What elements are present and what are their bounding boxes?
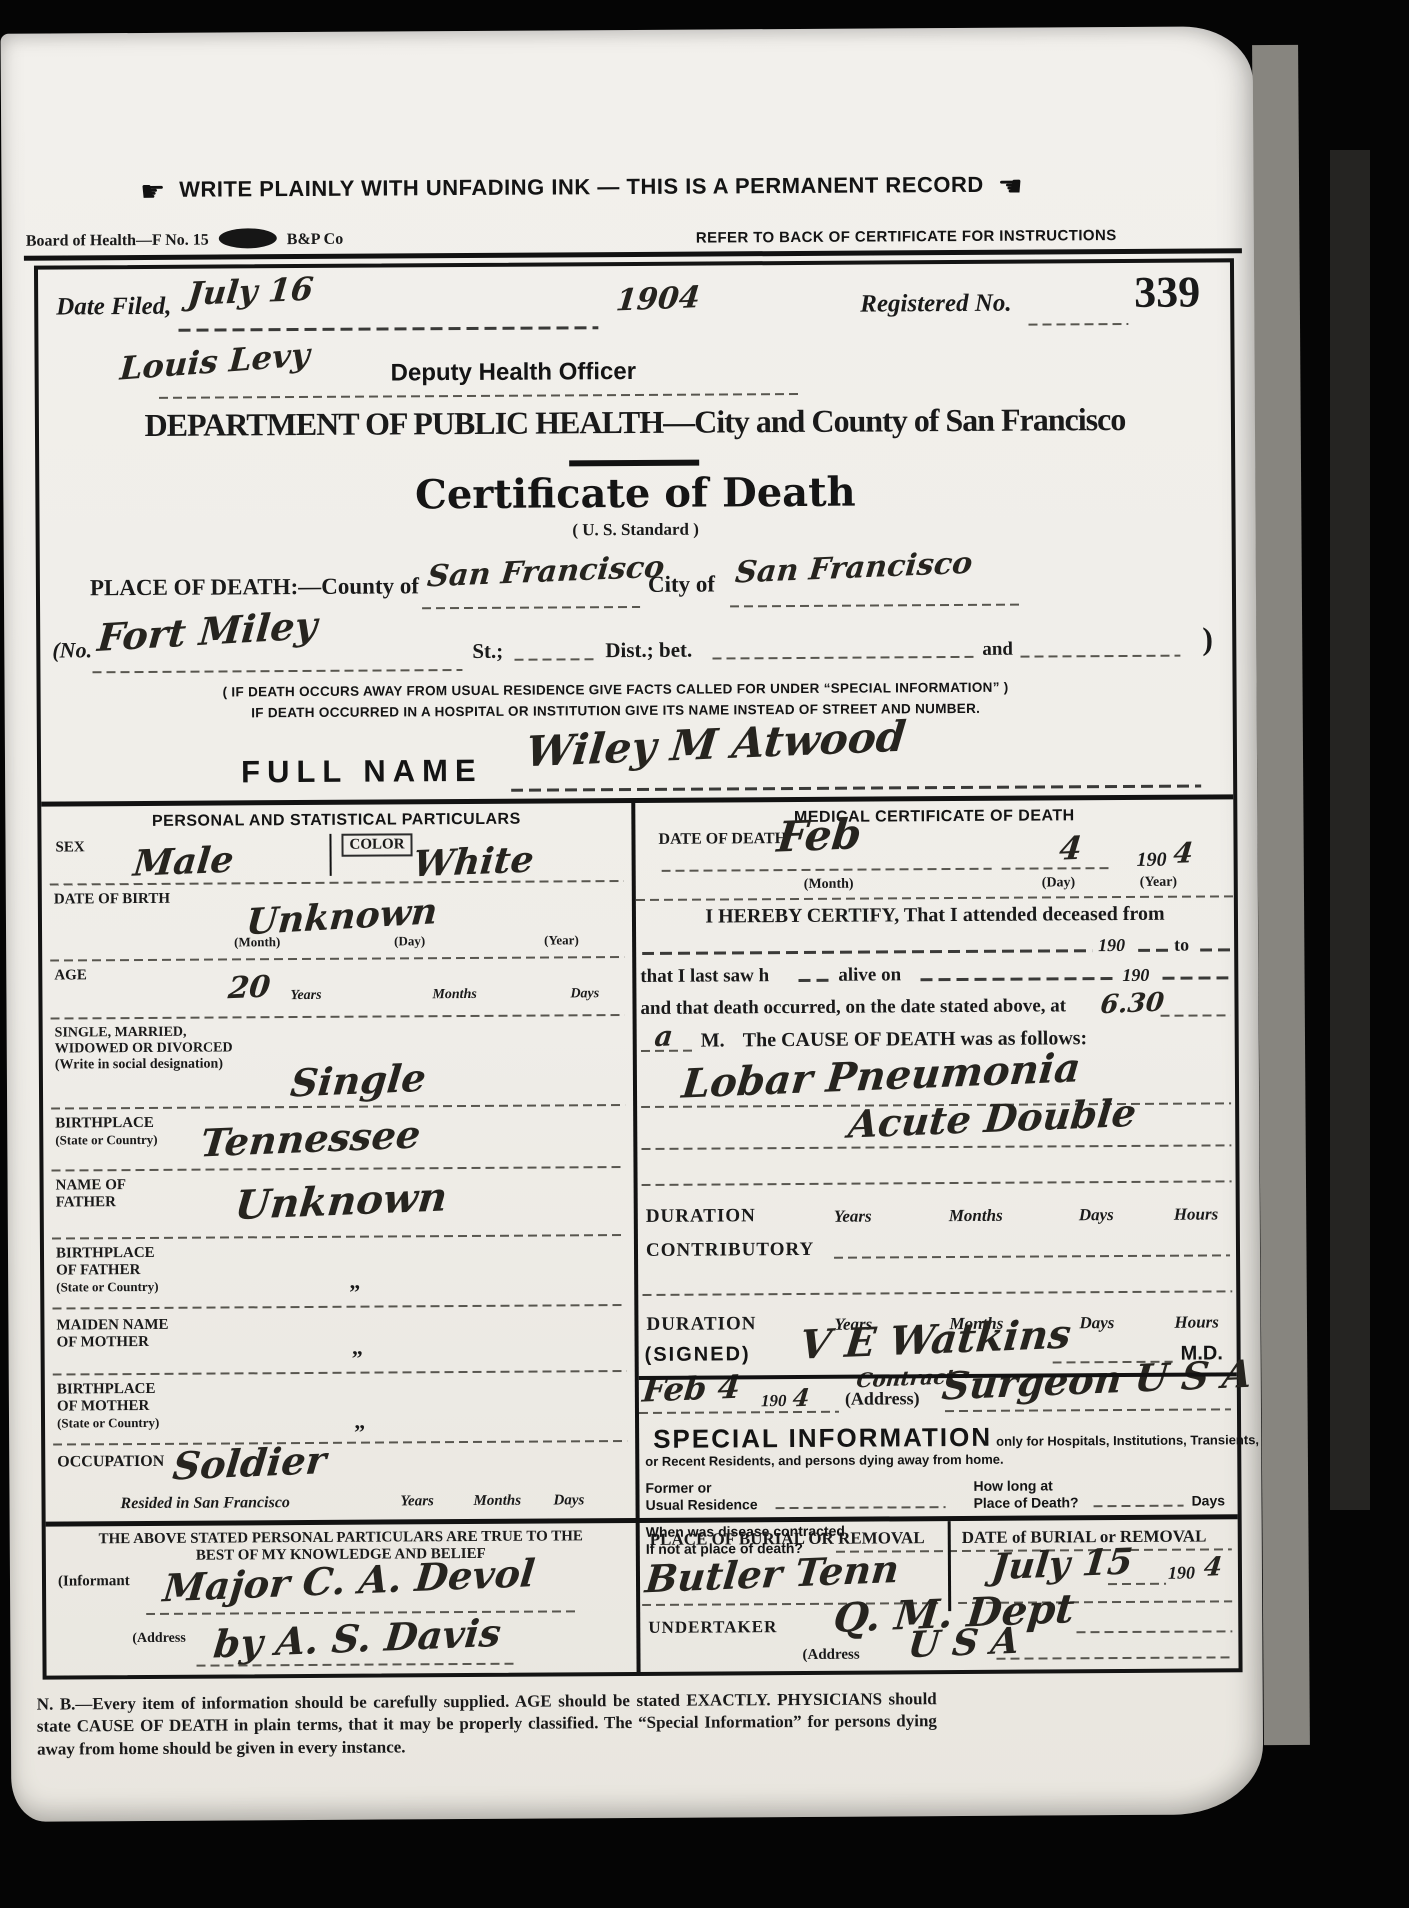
date-filed-year: 1904 bbox=[614, 280, 701, 318]
duration-2-label: DURATION bbox=[646, 1313, 756, 1336]
howlong-label-2: Place of Death? bbox=[973, 1494, 1078, 1511]
age-years-sub: Years bbox=[290, 988, 321, 1004]
special-title: SPECIAL INFORMATION bbox=[653, 1422, 992, 1454]
age-value: 20 bbox=[227, 969, 272, 1006]
physician-address-line bbox=[945, 1408, 1231, 1412]
certify-mid-line bbox=[1138, 949, 1168, 952]
howlong-label-1: How long at bbox=[973, 1477, 1052, 1493]
city-value: San Francisco bbox=[734, 546, 974, 591]
resided-months-sub: Months bbox=[473, 1493, 521, 1510]
banner: ☛ WRITE PLAINLY WITH UNFADING INK — THIS… bbox=[41, 169, 1121, 209]
cause-spacer-rule bbox=[642, 1180, 1232, 1186]
former-line bbox=[776, 1506, 946, 1509]
marital-label-1: SINGLE, MARRIED, bbox=[55, 1025, 187, 1042]
signed-year-value: 4 bbox=[791, 1383, 811, 1413]
certify-to-line bbox=[1200, 948, 1230, 951]
medical-header: MEDICAL CERTIFICATE OF DEATH bbox=[635, 806, 1233, 828]
certify-to-label: to bbox=[1174, 935, 1189, 956]
last-saw-line-2 bbox=[920, 977, 1114, 981]
howlong-line bbox=[1094, 1505, 1184, 1508]
full-name-label: FULL NAME bbox=[241, 753, 483, 790]
full-name-value: Wiley M Atwood bbox=[524, 712, 908, 777]
dist-line bbox=[712, 656, 974, 660]
page-edge-shadow bbox=[1330, 150, 1370, 1510]
cause-line-2-rule bbox=[641, 1144, 1231, 1150]
informant-line bbox=[146, 1610, 576, 1615]
time-line bbox=[1161, 1014, 1231, 1016]
personal-header: PERSONAL AND STATISTICAL PARTICULARS bbox=[41, 810, 631, 832]
bottom-band-rule bbox=[46, 1514, 1238, 1526]
color-label: COLOR bbox=[341, 833, 412, 856]
dod-month-value: Feb bbox=[775, 809, 864, 861]
mother-bp-label-1: BIRTHPLACE bbox=[57, 1381, 156, 1399]
father-bp-row-line bbox=[52, 1304, 626, 1310]
dod-day-line bbox=[1002, 867, 1112, 870]
father-value: Unknown bbox=[233, 1173, 450, 1229]
contributory-label: CONTRIBUTORY bbox=[646, 1239, 814, 1262]
father-bp-state-sub: (State or Country) bbox=[56, 1279, 158, 1296]
contributory-line bbox=[834, 1254, 1230, 1258]
marital-value: Single bbox=[288, 1055, 428, 1106]
street-value: Fort Miley bbox=[96, 602, 319, 660]
officer-signature: Louis Levy bbox=[119, 335, 311, 387]
father-bp-label-2: OF FATHER bbox=[56, 1262, 140, 1280]
color-value: White bbox=[411, 839, 535, 886]
banner-text: WRITE PLAINLY WITH UNFADING INK — THIS I… bbox=[179, 172, 984, 202]
board-line-text: Board of Health—F No. 15 bbox=[26, 232, 209, 250]
resided-years-sub: Years bbox=[400, 1493, 433, 1510]
registered-no-line bbox=[1028, 323, 1128, 326]
dod-day-value: 4 bbox=[1058, 829, 1084, 868]
refer-line: REFER TO BACK OF CERTIFICATE FOR INSTRUC… bbox=[696, 227, 1117, 247]
duration-1-days: Days bbox=[1079, 1205, 1114, 1225]
undertaker-address-label: (Address bbox=[802, 1647, 859, 1664]
mother-ditto: ” bbox=[352, 1346, 363, 1372]
registered-no-label: Registered No. bbox=[860, 290, 1012, 319]
informant-label: (Informant bbox=[58, 1573, 130, 1590]
certify-190a: 190 bbox=[1098, 935, 1125, 956]
signed-date-line bbox=[639, 1411, 839, 1414]
mother-bp-state-sub: (State or Country) bbox=[57, 1415, 159, 1432]
special-heading: SPECIAL INFORMATION only for Hospitals, … bbox=[653, 1420, 1259, 1455]
resided-days-sub: Days bbox=[553, 1492, 584, 1509]
dod-month-sub: (Month) bbox=[804, 877, 854, 893]
dob-month-sub: (Month) bbox=[234, 934, 280, 950]
am-line bbox=[641, 1050, 693, 1052]
board-of-health-line: Board of Health—F No. 15 B&P Co bbox=[26, 228, 344, 251]
mother-bp-label-2: OF MOTHER bbox=[57, 1398, 149, 1416]
age-row-line bbox=[51, 1014, 625, 1020]
sex-color-divider bbox=[329, 834, 331, 876]
age-months-sub: Months bbox=[432, 987, 476, 1003]
mother-label-1: MAIDEN NAME bbox=[56, 1317, 168, 1335]
resided-label: Resided in San Francisco bbox=[120, 1494, 289, 1513]
scan-background: ☛ WRITE PLAINLY WITH UNFADING INK — THIS… bbox=[0, 0, 1409, 1908]
title-divider bbox=[569, 460, 699, 467]
duration-1-months: Months bbox=[949, 1206, 1003, 1226]
informant-address-label: (Address bbox=[132, 1631, 186, 1647]
closing-paren: ) bbox=[1202, 620, 1213, 657]
dob-day-sub: (Day) bbox=[394, 933, 425, 949]
city-label: City of bbox=[648, 571, 715, 597]
age-days-sub: Days bbox=[570, 986, 599, 1002]
howlong-days-label: Days bbox=[1191, 1492, 1225, 1508]
county-line bbox=[422, 606, 640, 609]
marital-label-2: WIDOWED OR DIVORCED bbox=[55, 1040, 233, 1057]
dod-month-line bbox=[662, 868, 992, 872]
us-standard: ( U. S. Standard ) bbox=[40, 516, 1232, 543]
father-label-2: FATHER bbox=[56, 1194, 116, 1211]
dob-row-line bbox=[50, 956, 624, 962]
undertaker-address-line bbox=[996, 1656, 1232, 1659]
sex-label: SEX bbox=[55, 839, 84, 856]
mother-bp-row-line bbox=[53, 1440, 627, 1446]
last-saw-line-1 bbox=[798, 979, 832, 982]
dob-label: DATE OF BIRTH bbox=[54, 891, 170, 909]
certificate-paper: ☛ WRITE PLAINLY WITH UNFADING INK — THIS… bbox=[1, 26, 1264, 1822]
registered-number: 339 bbox=[1134, 267, 1200, 318]
occupation-value: Soldier bbox=[171, 1437, 329, 1488]
burial-year-print: 190 bbox=[1168, 1563, 1195, 1584]
last-saw-label: that I last saw h bbox=[640, 965, 769, 988]
pointing-hand-right-icon: ☛ bbox=[140, 175, 165, 208]
signed-label: (SIGNED) bbox=[645, 1343, 751, 1367]
certificate-box: Date Filed, July 16 1904 Registered No. … bbox=[34, 258, 1243, 1679]
signed-date-value: Feb 4 bbox=[641, 1368, 742, 1410]
county-value: San Francisco bbox=[426, 550, 666, 595]
birthplace-label: BIRTHPLACE bbox=[55, 1115, 154, 1133]
time-value: 6.30 bbox=[1099, 988, 1166, 1021]
physician-address-label: (Address) bbox=[845, 1388, 920, 1409]
dod-year-value: 4 bbox=[1172, 836, 1195, 870]
father-bp-label-1: BIRTHPLACE bbox=[56, 1245, 155, 1263]
and-label: and bbox=[982, 639, 1013, 661]
printer-name: B&P Co bbox=[287, 231, 344, 248]
place-of-death-label: PLACE OF DEATH:—County of bbox=[90, 573, 419, 601]
city-line bbox=[730, 604, 1020, 608]
m-label: M. bbox=[701, 1029, 725, 1052]
footnote: N. B.—Every item of information should b… bbox=[37, 1688, 937, 1761]
informant-address-value: by A. S. Davis bbox=[212, 1610, 503, 1667]
birthplace-state-sub: (State or Country) bbox=[55, 1132, 157, 1149]
mother-label-2: OF MOTHER bbox=[56, 1334, 148, 1352]
officer-title: Deputy Health Officer bbox=[391, 358, 637, 387]
duration-1-years: Years bbox=[834, 1207, 872, 1227]
occurred-label: and that death occurred, on the date sta… bbox=[640, 995, 1066, 1020]
mother-row-line bbox=[53, 1370, 627, 1376]
date-filed-line bbox=[178, 326, 598, 332]
certify-line: I HEREBY CERTIFY, That I attended deceas… bbox=[636, 902, 1234, 929]
dod-year-sub: (Year) bbox=[1140, 875, 1177, 891]
columns-top-rule bbox=[41, 794, 1233, 806]
occupation-label: OCCUPATION bbox=[57, 1453, 164, 1472]
printer-seal-icon bbox=[219, 228, 277, 248]
duration-2-hours: Hours bbox=[1174, 1312, 1219, 1332]
certificate-title: Certificate of Death bbox=[39, 466, 1231, 520]
alive-on-label: alive on bbox=[838, 964, 901, 986]
birthplace-row-line bbox=[51, 1166, 625, 1172]
special-subtitle-1: only for Hospitals, Institutions, Transi… bbox=[996, 1432, 1259, 1449]
dod-year-print: 190 bbox=[1137, 849, 1167, 872]
and-line bbox=[1020, 655, 1180, 658]
burial-date-value: July 15 bbox=[990, 1541, 1135, 1589]
dist-label: Dist.; bet. bbox=[605, 638, 692, 664]
undertaker-line bbox=[1076, 1630, 1232, 1633]
undertaker-label: UNDERTAKER bbox=[648, 1617, 777, 1638]
am-value: a bbox=[653, 1019, 675, 1053]
date-filed-value: July 16 bbox=[186, 270, 315, 313]
certify-from-line bbox=[642, 949, 1092, 955]
date-filed-label: Date Filed, bbox=[56, 293, 171, 322]
dod-label: DATE OF DEATH bbox=[658, 830, 787, 849]
special-subtitle-2: or Recent Residents, and persons dying a… bbox=[645, 1452, 1003, 1469]
signed-year-print: 190 bbox=[761, 1391, 787, 1411]
birthplace-value: Tennessee bbox=[199, 1111, 423, 1165]
dod-row-line bbox=[636, 895, 1234, 901]
no-label: (No. bbox=[52, 637, 92, 663]
pointing-hand-left-icon: ☚ bbox=[998, 170, 1023, 203]
age-label: AGE bbox=[54, 967, 87, 984]
department-title: DEPARTMENT OF PUBLIC HEALTH—City and Cou… bbox=[39, 400, 1231, 444]
duration-2-days: Days bbox=[1079, 1313, 1114, 1333]
burial-year-value: 4 bbox=[1202, 1552, 1223, 1583]
duration-1-hours: Hours bbox=[1174, 1204, 1219, 1224]
marital-label-3: (Write in social designation) bbox=[55, 1057, 223, 1074]
full-name-line bbox=[511, 785, 1201, 792]
father-bp-ditto: ” bbox=[349, 1280, 360, 1306]
officer-line bbox=[159, 393, 799, 399]
marital-row-line bbox=[51, 1104, 625, 1110]
father-row-line bbox=[52, 1234, 626, 1240]
contributory-spacer-rule bbox=[642, 1290, 1232, 1296]
last-saw-190: 190 bbox=[1122, 965, 1149, 986]
former-label-1: Former or bbox=[645, 1480, 711, 1496]
father-label-1: NAME OF bbox=[56, 1177, 127, 1194]
burial-date-line bbox=[1108, 1583, 1166, 1585]
former-label-2: Usual Residence bbox=[646, 1496, 758, 1513]
st-label: St.; bbox=[472, 639, 503, 664]
street-line bbox=[92, 669, 462, 673]
st-line bbox=[514, 658, 594, 660]
dod-day-sub: (Day) bbox=[1042, 875, 1076, 891]
place-note-line2: IF DEATH OCCURRED IN A HOSPITAL OR INSTI… bbox=[41, 700, 1191, 722]
place-note-line1: ( IF DEATH OCCURS AWAY FROM USUAL RESIDE… bbox=[41, 679, 1191, 701]
dob-year-sub: (Year) bbox=[544, 932, 579, 948]
sex-value: Male bbox=[131, 839, 235, 885]
duration-1-label: DURATION bbox=[646, 1205, 756, 1228]
last-saw-line-3 bbox=[1162, 976, 1228, 979]
